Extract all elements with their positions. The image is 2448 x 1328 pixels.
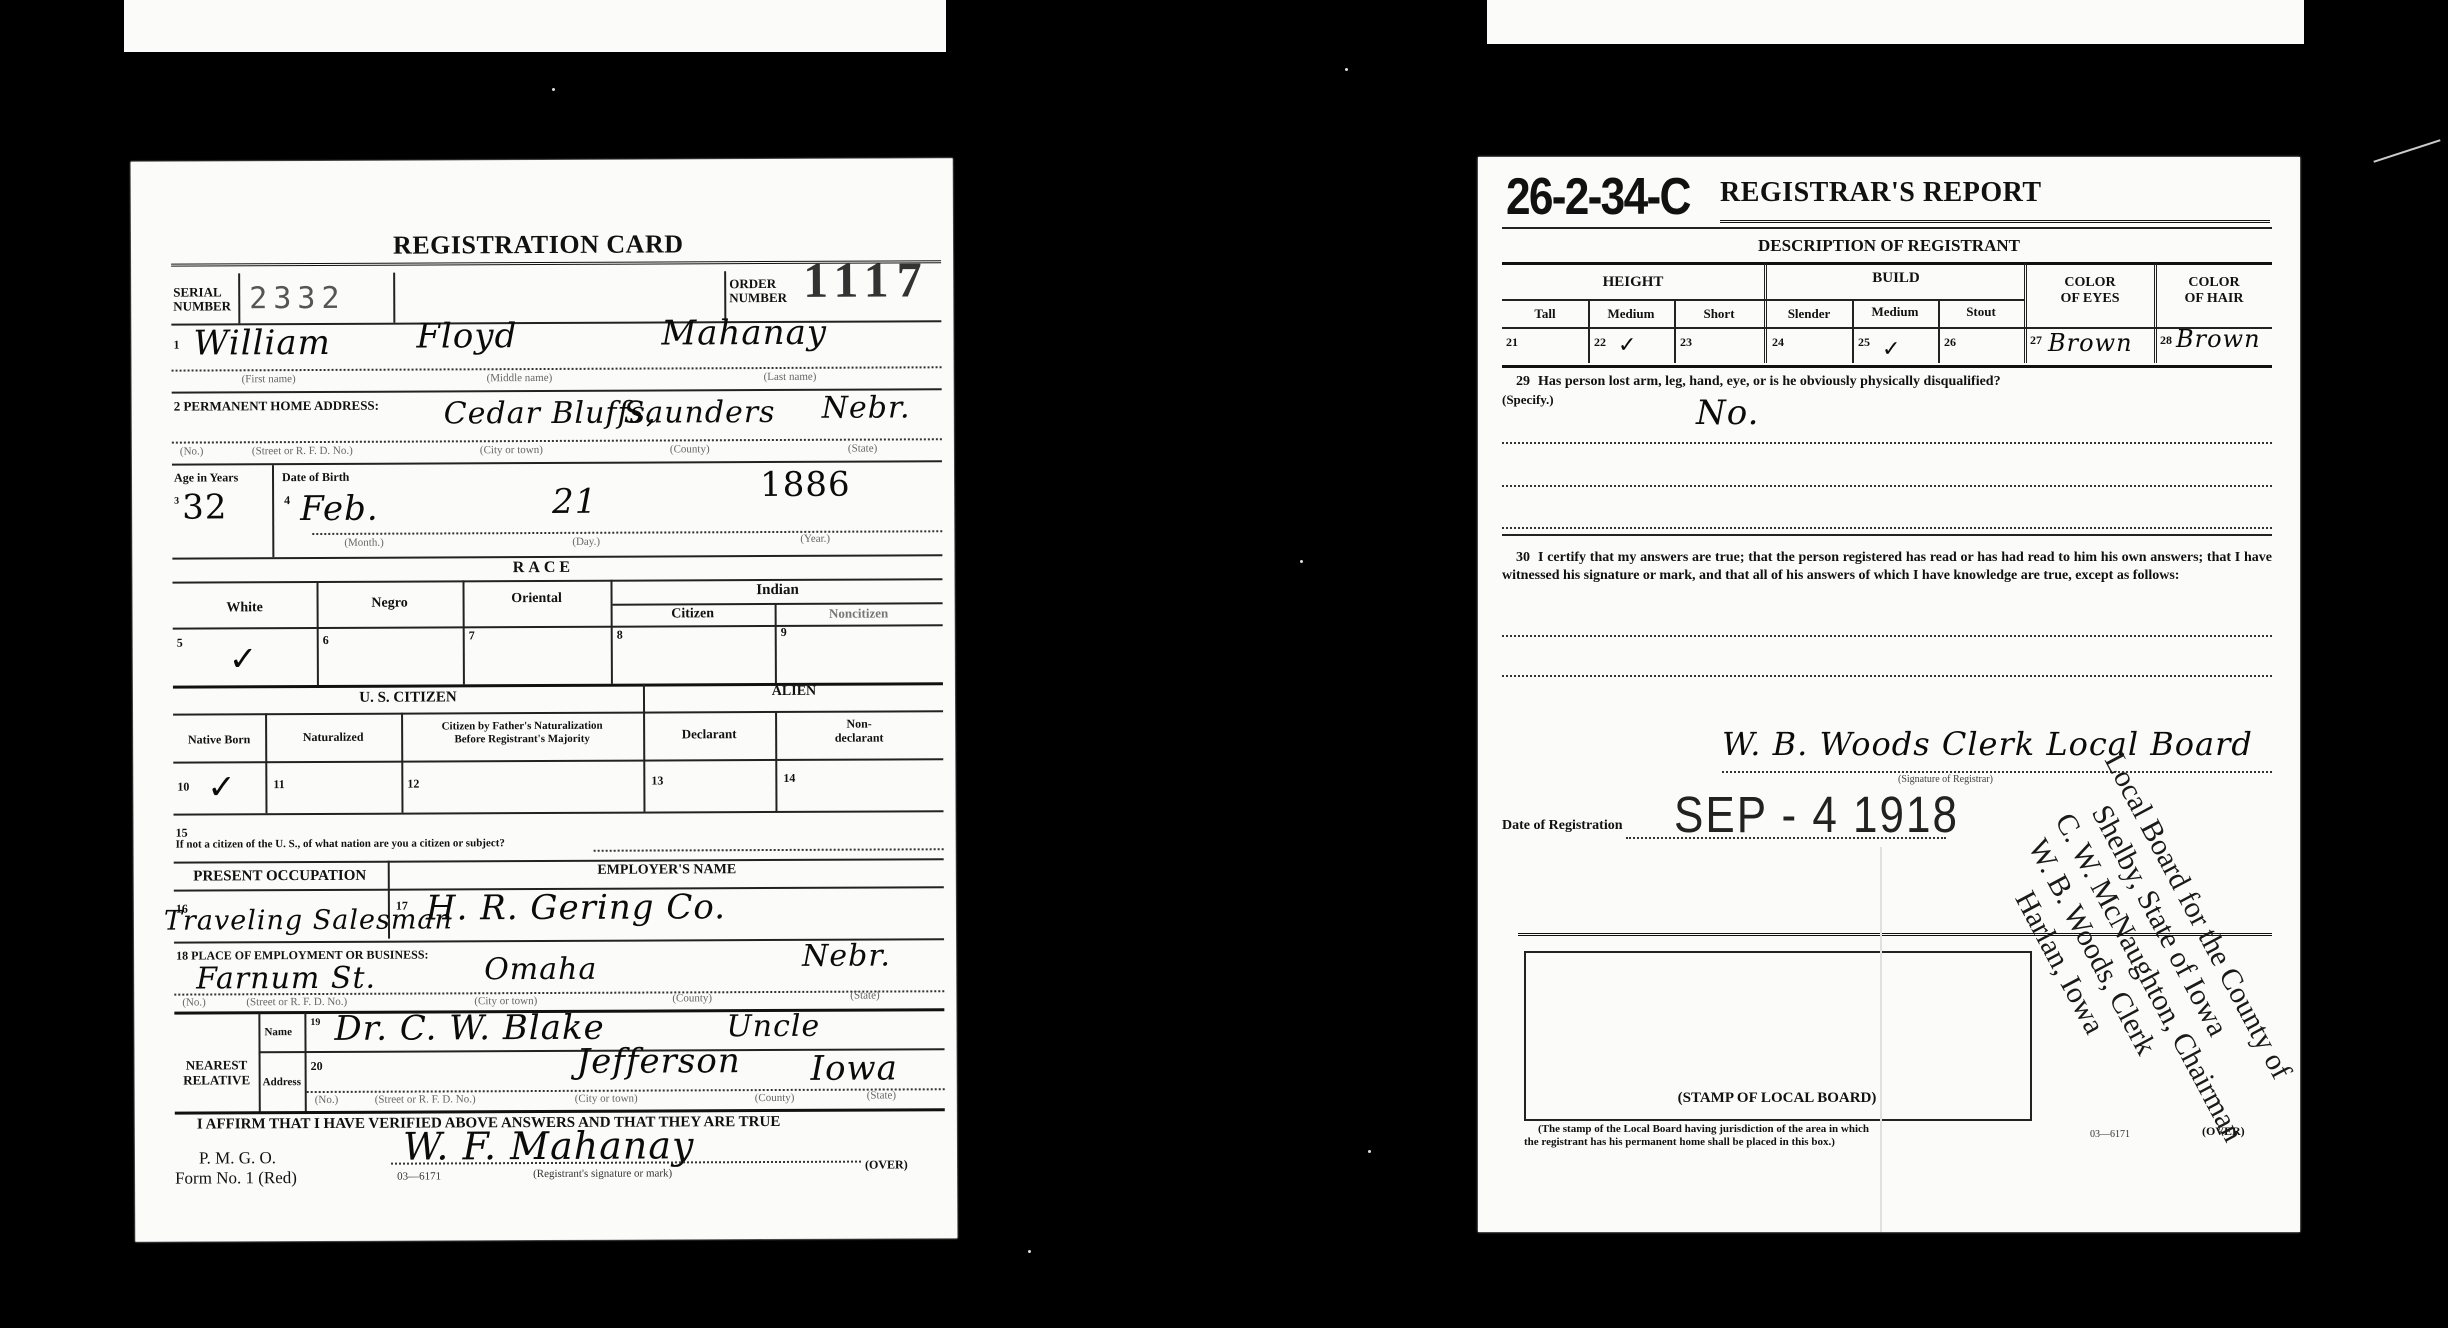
declarant-label: Declarant	[643, 727, 775, 741]
form-number: Form No. 1 (Red)	[175, 1169, 297, 1187]
question-number: 25	[1858, 335, 1870, 350]
serial-label: SERIAL NUMBER	[173, 285, 231, 313]
divider	[1502, 365, 2272, 368]
question-number: 24	[1772, 335, 1784, 350]
question-number: 11	[273, 777, 284, 792]
print-code: 03—6171	[397, 1170, 441, 1182]
first-name: William	[193, 323, 331, 364]
relative-name: Dr. C. W. Blake	[334, 1008, 604, 1049]
us-citizen-label: U. S. CITIZEN	[173, 690, 643, 708]
film-speck	[1300, 560, 1303, 563]
question-number: 9	[781, 625, 787, 640]
street-label: (Street or R. F. D. No.)	[246, 996, 347, 1008]
q29-answer: No.	[1696, 393, 1759, 433]
serial-code: 26-2-34-C	[1506, 167, 1690, 227]
dotted-line	[172, 438, 942, 443]
city-label: (City or town)	[575, 1093, 638, 1105]
divider	[2024, 263, 2027, 363]
over-label: (OVER)	[865, 1158, 908, 1171]
question-number: 21	[1506, 335, 1518, 350]
question-number: 19	[310, 1017, 320, 1028]
film-speck	[552, 88, 555, 91]
film-speck	[1345, 68, 1348, 71]
naturalized-label: Naturalized	[265, 731, 401, 744]
divider	[175, 1108, 945, 1114]
citizen-by-father-label: Citizen by Father's Naturalization Befor…	[401, 720, 643, 747]
divider	[613, 602, 943, 605]
question-number: 27	[2030, 333, 2042, 348]
dotted-line	[594, 848, 944, 852]
no-label: (No.)	[180, 445, 204, 457]
partial-card-top-right	[1487, 0, 2304, 44]
registrars-report-card: 26-2-34-C REGISTRAR'S REPORT DESCRIPTION…	[1478, 157, 2300, 1232]
employment-state: Nebr.	[802, 938, 891, 973]
order-label: ORDER NUMBER	[729, 277, 787, 305]
relative-state: Iowa	[811, 1048, 898, 1088]
registrar-signature: W. B. Woods Clerk Local Board	[1722, 725, 2253, 763]
stamp-box-label: (STAMP OF LOCAL BOARD)	[1524, 1091, 2030, 1107]
divider	[173, 624, 943, 629]
nearest-relative-label: NEAREST RELATIVE	[175, 1057, 259, 1087]
height-medium-label: Medium	[1588, 307, 1674, 321]
q30-certification: 30I certify that my answers are true; th…	[1502, 549, 2272, 585]
birth-month: Feb.	[300, 489, 379, 529]
race-white-label: White	[173, 601, 317, 616]
question-number: 14	[783, 771, 795, 786]
dotted-line	[312, 530, 942, 535]
divider	[173, 758, 943, 763]
divider	[643, 684, 646, 812]
divider	[173, 710, 943, 715]
serial-number: 2332	[249, 281, 345, 316]
question-number: 4	[284, 493, 290, 508]
registration-card: REGISTRATION CARD SERIAL NUMBER 2332 ORD…	[131, 158, 958, 1242]
relative-city: Jefferson	[576, 1041, 740, 1082]
build-medium-check: ✓	[1882, 337, 1901, 362]
year-label: (Year.)	[800, 533, 830, 545]
print-code: 03—6171	[2090, 1129, 2130, 1140]
middle-name: Floyd	[416, 316, 517, 356]
age-value: 32	[182, 487, 227, 527]
state-label: (State)	[848, 443, 877, 455]
dob-label: Date of Birth	[282, 471, 349, 484]
nondeclarant-label: Non- declarant	[775, 716, 943, 745]
registrar-label: (Signature of Registrar)	[1898, 774, 1993, 785]
film-speck	[1028, 1250, 1031, 1253]
order-number: 1117	[803, 250, 930, 309]
employment-city: Omaha	[484, 952, 597, 987]
question-number: 7	[469, 628, 475, 643]
dotted-line	[1502, 635, 2272, 637]
question-number: 10	[177, 780, 189, 795]
hair-header: COLOR OF HAIR	[2156, 275, 2272, 307]
street-label: (Street or R. F. D. No.)	[375, 1093, 476, 1105]
eye-color-value: Brown	[2048, 329, 2133, 357]
dotted-line	[1502, 527, 2272, 529]
specify-label: (Specify.)	[1502, 393, 1554, 407]
divider	[2154, 263, 2157, 363]
divider	[393, 273, 395, 323]
home-state: Nebr.	[822, 390, 911, 425]
height-medium-check: ✓	[1618, 333, 1637, 358]
fold-crease	[1880, 847, 1882, 1232]
question-number: 12	[407, 777, 419, 792]
height-tall-label: Tall	[1502, 307, 1588, 321]
employer-value: H. R. Gering Co.	[426, 887, 726, 928]
relative-address-label: Address	[263, 1077, 301, 1089]
question-number: 23	[1680, 335, 1692, 350]
date-of-registration-label: Date of Registration	[1502, 819, 1623, 834]
divider	[272, 465, 274, 557]
q29-label: 29Has person lost arm, leg, hand, eye, o…	[1502, 375, 2001, 390]
day-label: (Day.)	[572, 536, 600, 548]
race-oriental-label: Oriental	[463, 592, 611, 607]
dotted-line	[1502, 485, 2272, 487]
county-label: (County)	[672, 992, 712, 1004]
indian-label: Indian	[612, 582, 942, 599]
middle-name-label: (Middle name)	[487, 372, 553, 384]
question-number: 5	[177, 636, 183, 651]
film-scratch	[2373, 139, 2440, 163]
state-label: (State)	[850, 990, 879, 1002]
county-label: (County)	[755, 1092, 795, 1104]
home-county: Saunders	[624, 395, 776, 431]
stamp-note: (The stamp of the Local Board having jur…	[1524, 1123, 1869, 1149]
age-label: Age in Years	[174, 471, 238, 484]
first-name-label: (First name)	[242, 373, 296, 385]
home-address-label: 2 PERMANENT HOME ADDRESS:	[174, 399, 379, 414]
divider	[1502, 327, 2272, 329]
race-indian-noncitizen-label: Noncitizen	[775, 606, 943, 620]
alien-label: ALIEN	[645, 684, 943, 700]
question-number: 20	[311, 1059, 323, 1074]
relative-name-label: Name	[264, 1027, 292, 1039]
build-stout-label: Stout	[1938, 305, 2024, 319]
dotted-line	[1502, 442, 2272, 444]
description-title: DESCRIPTION OF REGISTRANT	[1478, 237, 2300, 255]
native-born-label: Native Born	[173, 733, 265, 746]
question-number: 6	[323, 633, 329, 648]
build-medium-label: Medium	[1852, 305, 1938, 319]
height-short-label: Short	[1674, 307, 1764, 321]
city-label: (City or town)	[480, 444, 543, 456]
question-number: 13	[651, 773, 663, 788]
question-number: 8	[617, 628, 623, 643]
divider	[1720, 220, 2270, 226]
dotted-line	[172, 366, 942, 371]
signature-label: (Registrant's signature or mark)	[533, 1167, 672, 1180]
form-code: P. M. G. O.	[199, 1149, 276, 1167]
race-title: RACE	[132, 558, 954, 578]
occupation-value: Traveling Salesman	[164, 904, 453, 936]
question-number: 17	[396, 899, 408, 914]
city-label: (City or town)	[474, 995, 537, 1007]
month-label: (Month.)	[344, 537, 383, 549]
native-born-check: ✓	[207, 767, 237, 807]
last-name: Mahanay	[661, 313, 827, 354]
divider	[1502, 299, 2024, 301]
build-header: BUILD	[1768, 271, 2024, 287]
q15-label: If not a citizen of the U. S., of what n…	[176, 838, 505, 851]
divider	[238, 273, 240, 323]
divider	[610, 580, 612, 684]
race-indian-citizen-label: Citizen	[611, 607, 775, 622]
film-speck	[1368, 1150, 1371, 1153]
no-label: (No.)	[182, 996, 206, 1008]
registration-date: SEP - 4 1918	[1674, 787, 1959, 845]
card-title: REGISTRATION CARD	[393, 229, 684, 260]
question-number: 28	[2160, 333, 2172, 348]
dotted-line	[1626, 837, 1946, 839]
employment-street: Farnum St.	[196, 961, 376, 997]
question-number: 3	[174, 496, 179, 507]
question-number: 1	[173, 338, 179, 353]
report-title: REGISTRAR'S REPORT	[1720, 177, 2042, 209]
race-negro-label: Negro	[317, 596, 463, 611]
divider	[258, 1013, 260, 1113]
dotted-line	[1722, 771, 2272, 773]
birth-year: 1886	[760, 465, 851, 505]
eyes-header: COLOR OF EYES	[2026, 275, 2154, 307]
birth-day: 21	[552, 482, 597, 522]
state-label: (State)	[867, 1089, 896, 1101]
relative-relation: Uncle	[726, 1009, 820, 1044]
dotted-line	[1502, 675, 2272, 677]
employer-header: EMPLOYER'S NAME	[390, 862, 944, 879]
divider	[1502, 227, 2272, 229]
hair-color-value: Brown	[2176, 325, 2261, 353]
race-white-check: ✓	[229, 639, 259, 679]
build-slender-label: Slender	[1766, 307, 1852, 321]
no-label: (No.)	[315, 1094, 339, 1106]
question-number: 22	[1594, 335, 1606, 350]
divider	[1502, 534, 2272, 536]
county-label: (County)	[670, 443, 710, 455]
question-number: 26	[1944, 335, 1956, 350]
street-label: (Street or R. F. D. No.)	[252, 445, 353, 457]
height-header: HEIGHT	[1502, 275, 1764, 291]
partial-card-top-left	[124, 0, 946, 52]
last-name-label: (Last name)	[764, 371, 817, 383]
divider	[304, 1013, 306, 1113]
occupation-header: PRESENT OCCUPATION	[174, 869, 386, 886]
divider	[173, 810, 943, 815]
